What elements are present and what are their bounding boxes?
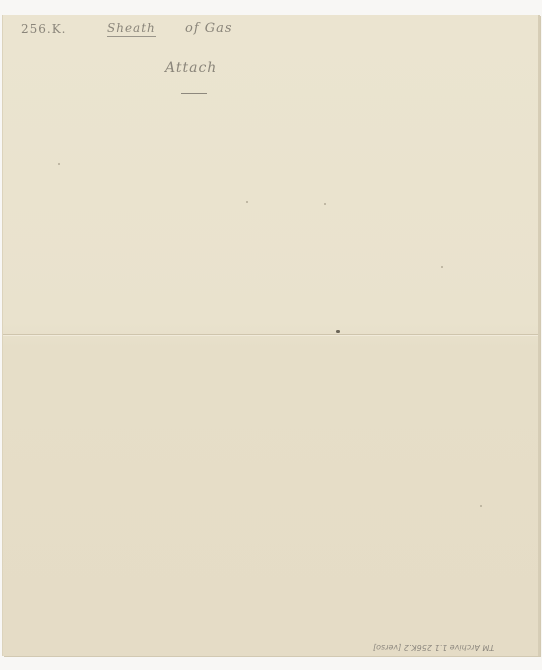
signature: Attach [165,60,217,76]
document-page: 256.K. Sheath of Gas Attach TM Archive 1… [3,15,540,656]
archive-label: TM Archive 1.1 256K.2 [verso] [373,643,494,652]
title-underlined: Sheath [107,21,156,37]
paper-spot [441,266,443,268]
signature-underline [181,93,207,94]
paper-speck [336,330,340,333]
title-continuation: of Gas [185,21,233,36]
fold-line [3,334,538,335]
reference-number: 256.K. [21,22,67,36]
paper-spot [246,201,248,203]
paper-spot [324,203,326,205]
paper-spot [480,505,482,507]
paper-spot [58,163,60,165]
